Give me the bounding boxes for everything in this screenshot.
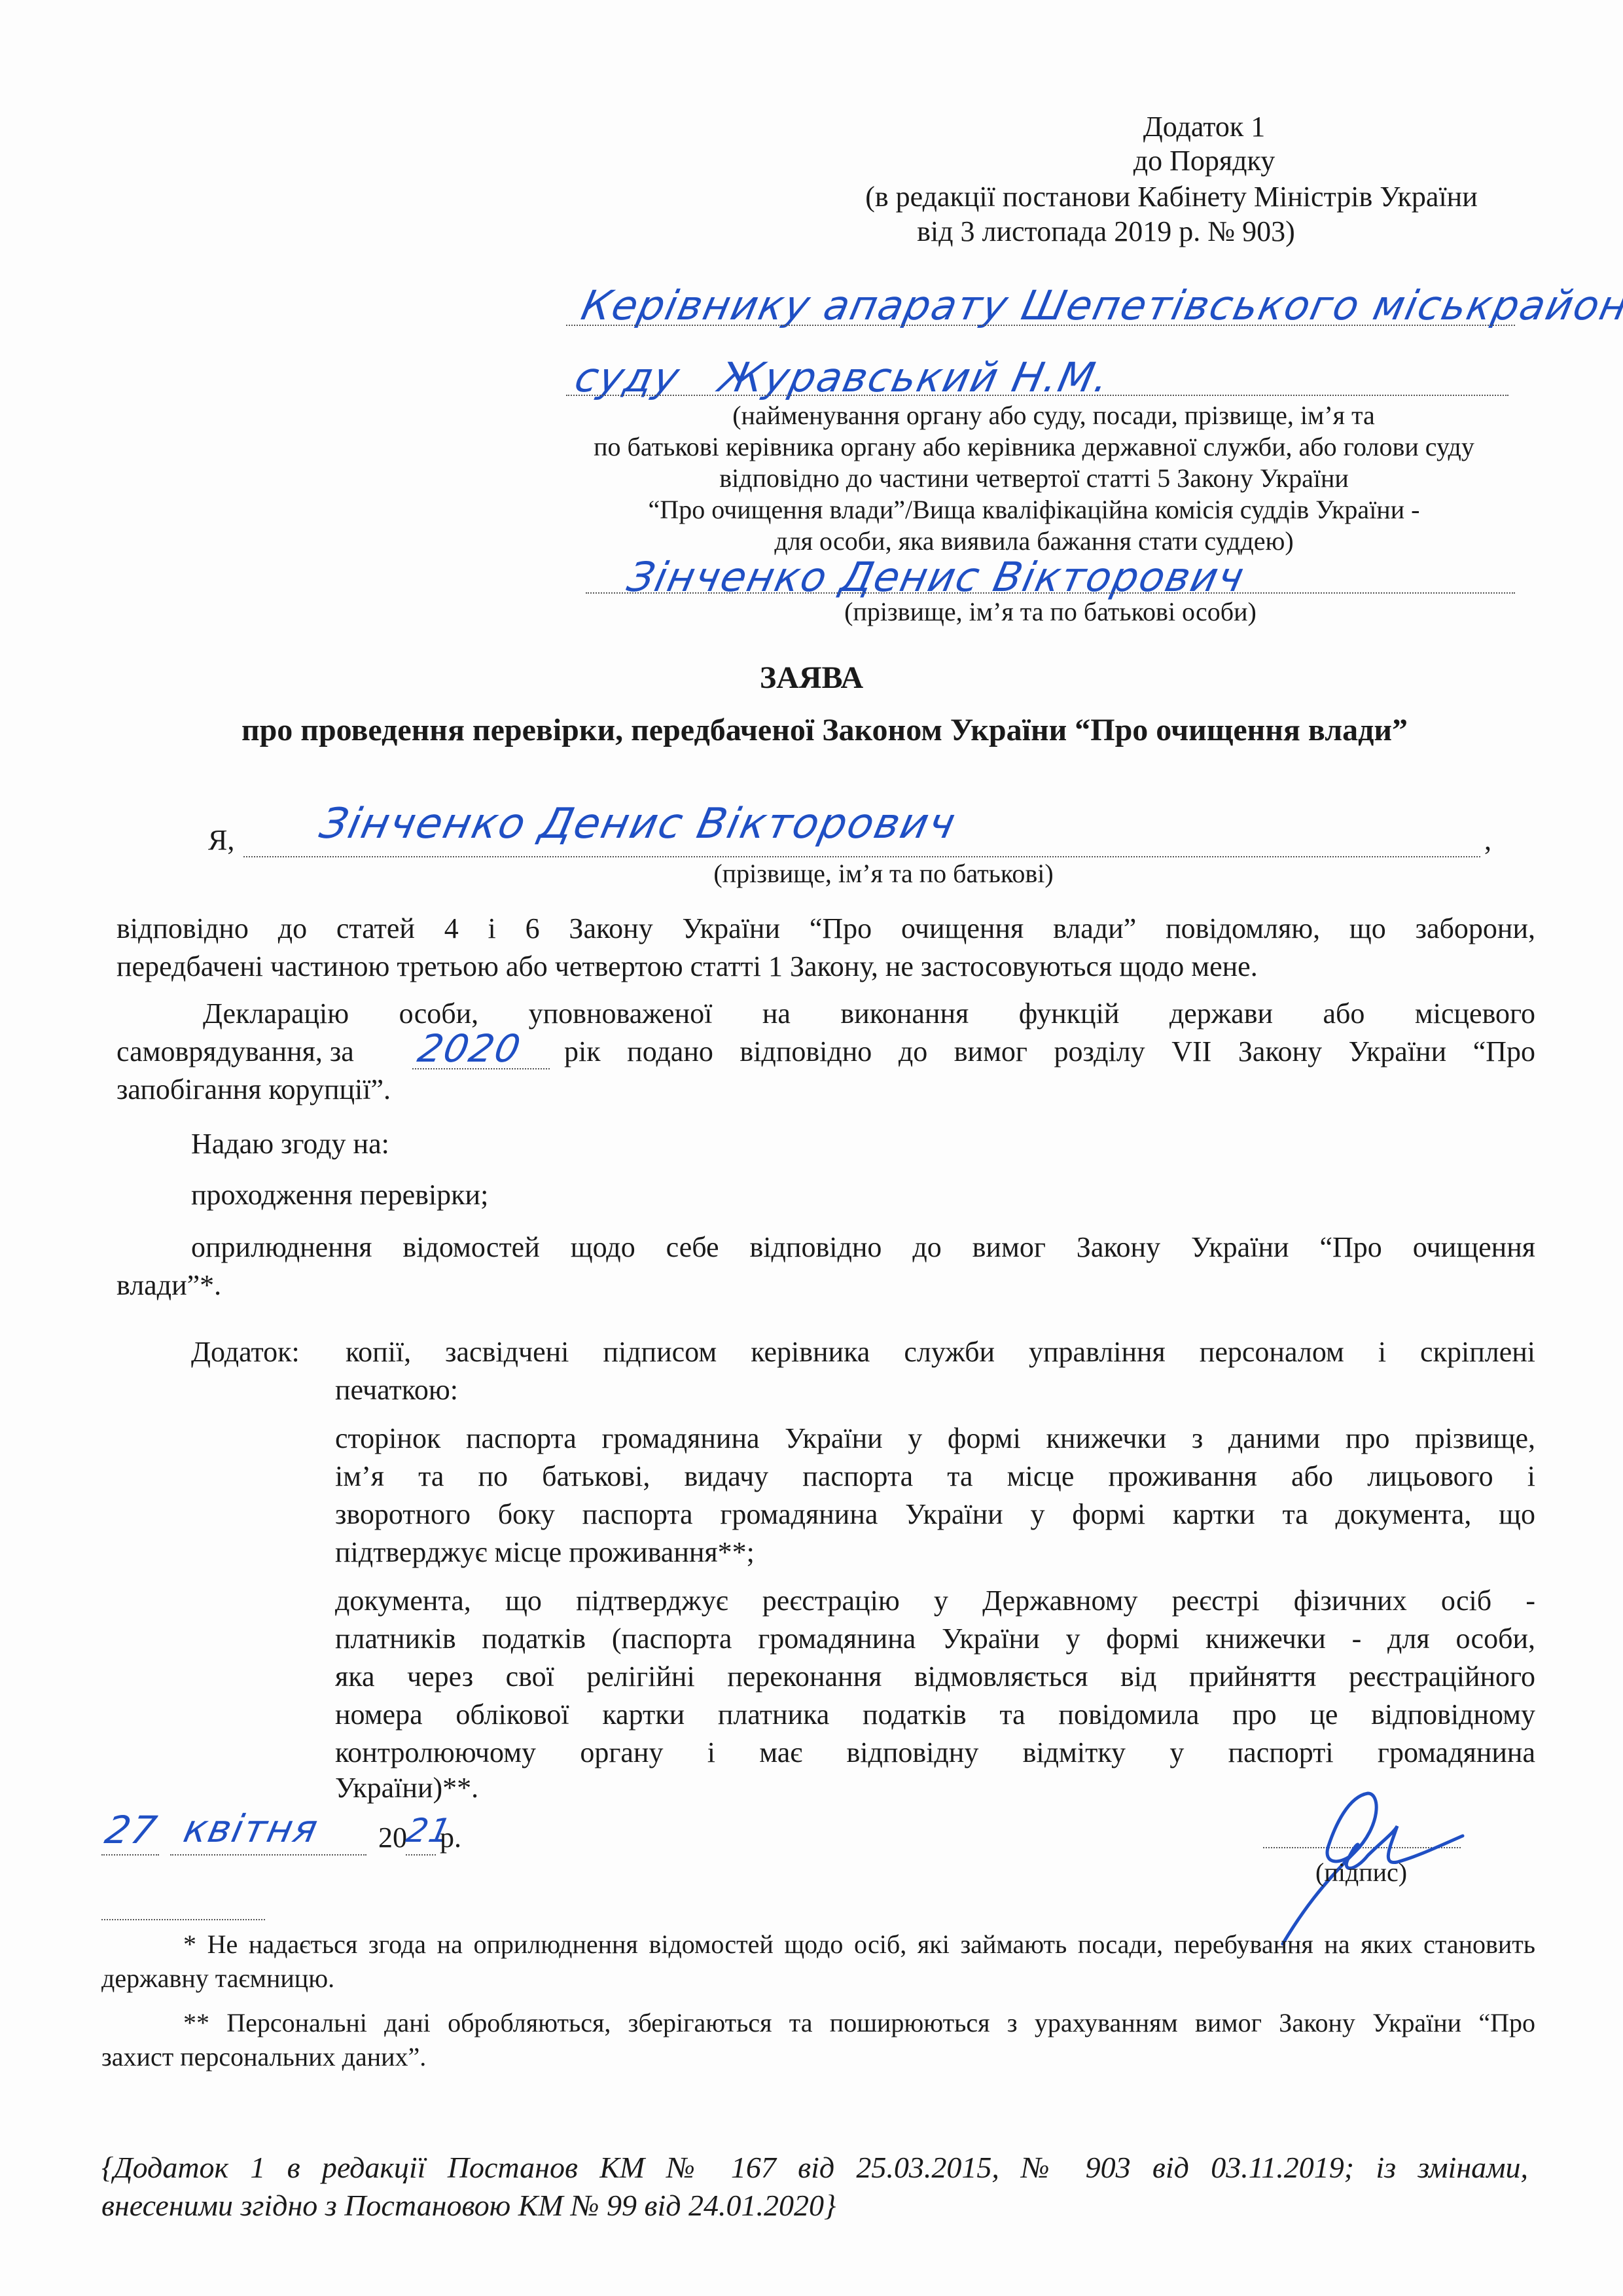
applicant-handwritten-name[interactable]: Зінченко Денис Вікторович xyxy=(623,553,1249,601)
attachment-line-6: підтверджує місце проживання**; xyxy=(335,1535,755,1570)
attachment-line-7: документа, що підтверджує реєстрацію у Д… xyxy=(335,1584,1535,1618)
declaration-year-underline xyxy=(412,1068,550,1069)
header-edition: (в редакції постанови Кабінету Міністрів… xyxy=(746,180,1597,214)
addressee-underline-2 xyxy=(566,395,1508,396)
attachment-line-11: контролюючому органу і має відповідну ві… xyxy=(335,1736,1535,1770)
addressee-caption-3: відповідно до частини четвертої статті 5… xyxy=(537,463,1531,493)
i-name-underline xyxy=(243,856,1480,857)
paragraph-statement-line-2: передбачені частиною третьою або четверт… xyxy=(116,948,1535,986)
attachment-line-5: зворотного боку паспорта громадянина Укр… xyxy=(335,1498,1535,1532)
date-day-underline xyxy=(101,1854,159,1856)
editorial-note-line-1: {Додаток 1 в редакції Постанов КМ № 167 … xyxy=(101,2151,1528,2185)
document-title: ЗАЯВА xyxy=(0,661,1623,695)
declaration-line-1: Декларацію особи, уповноваженої на викон… xyxy=(203,997,1535,1031)
date-year-unit: р. xyxy=(440,1821,461,1855)
declaration-line-2-before: самоврядування, за xyxy=(116,1035,354,1069)
addressee-caption-5: для особи, яка виявила бажання стати суд… xyxy=(537,526,1531,556)
i-caption: (прізвище, ім’я та по батькові) xyxy=(654,859,1113,889)
attachment-line-8: платників податків (паспорта громадянина… xyxy=(335,1622,1535,1656)
consent-intro: Надаю згоду на: xyxy=(191,1127,389,1161)
document-subtitle: про проведення перевірки, передбаченої З… xyxy=(98,713,1551,747)
attachment-line-2: печаткою: xyxy=(335,1373,458,1407)
editorial-note-line-2: внесеними згідно з Постановою КМ № 99 ві… xyxy=(101,2189,836,2223)
declaration-line-2-after: рік подано відповідно до вимог розділу V… xyxy=(564,1035,1535,1069)
footnote-2-line-1: ** Персональні дані обробляються, зберіг… xyxy=(183,2008,1535,2038)
consent-item-publication: оприлюднення відомостей щодо себе відпов… xyxy=(191,1230,1535,1265)
attachment-line-10: номера облікової картки платника податкі… xyxy=(335,1698,1535,1732)
attachment-line-1: копії, засвідчені підписом керівника слу… xyxy=(346,1335,1535,1369)
declaration-year-handwritten[interactable]: 2020 xyxy=(414,1026,526,1071)
applicant-underline xyxy=(586,592,1515,594)
date-month-handwritten[interactable]: квітня xyxy=(180,1806,323,1851)
attachment-line-4: ім’я та по батькові, видачу паспорта та … xyxy=(335,1460,1535,1494)
date-year-underline xyxy=(406,1854,436,1856)
consent-item-verification: проходження перевірки; xyxy=(191,1178,488,1212)
footnote-1-line-1: * Не надається згода на оприлюднення від… xyxy=(183,1929,1535,1960)
document-page: Додаток 1 до Порядку (в редакції постано… xyxy=(0,0,1623,2296)
date-year-prefix: 20 xyxy=(378,1821,407,1855)
date-month-underline xyxy=(170,1854,366,1856)
addressee-caption-2: по батькові керівника органу або керівни… xyxy=(537,432,1531,462)
footnote-1-line-2: державну таємницю. xyxy=(101,1964,334,1994)
header-annex-number: Додаток 1 xyxy=(811,110,1597,144)
addressee-handwritten-line1[interactable]: Керівнику апарату Шепетівського міськрай… xyxy=(577,281,1623,329)
i-prefix: Я, xyxy=(208,823,234,857)
i-suffix: , xyxy=(1484,823,1491,857)
footnote-separator xyxy=(101,1919,265,1920)
addressee-caption-4: “Про очищення влади”/Вища кваліфікаційна… xyxy=(537,495,1531,525)
footnote-2-line-2: захист персональних даних”. xyxy=(101,2042,426,2072)
attachment-line-12: України)**. xyxy=(335,1771,478,1805)
applicant-caption: (прізвище, ім’я та по батькові особи) xyxy=(586,597,1515,627)
header-to-procedure: до Порядку xyxy=(811,144,1597,178)
addressee-caption-1: (найменування органу або суду, посади, п… xyxy=(576,401,1531,431)
date-day-handwritten[interactable]: 27 xyxy=(101,1808,162,1852)
declaration-line-3: запобігання корупції”. xyxy=(116,1073,391,1107)
consent-item-publication-cont: влади”*. xyxy=(116,1268,221,1302)
signature-caption: (підпис) xyxy=(1315,1857,1407,1888)
attachment-line-3: сторінок паспорта громадянина України у … xyxy=(335,1422,1535,1456)
addressee-underline-1 xyxy=(566,325,1515,326)
attachment-line-9: яка через свої релігійні переконання від… xyxy=(335,1660,1535,1694)
i-name-handwritten[interactable]: Зінченко Денис Вікторович xyxy=(315,800,961,848)
header-date-number: від 3 листопада 2019 р. № 903) xyxy=(746,215,1466,249)
paragraph-statement: відповідно до статей 4 і 6 Закону Україн… xyxy=(116,910,1535,986)
attachment-label: Додаток: xyxy=(191,1335,300,1369)
paragraph-statement-line-1: відповідно до статей 4 і 6 Закону Україн… xyxy=(116,910,1535,948)
